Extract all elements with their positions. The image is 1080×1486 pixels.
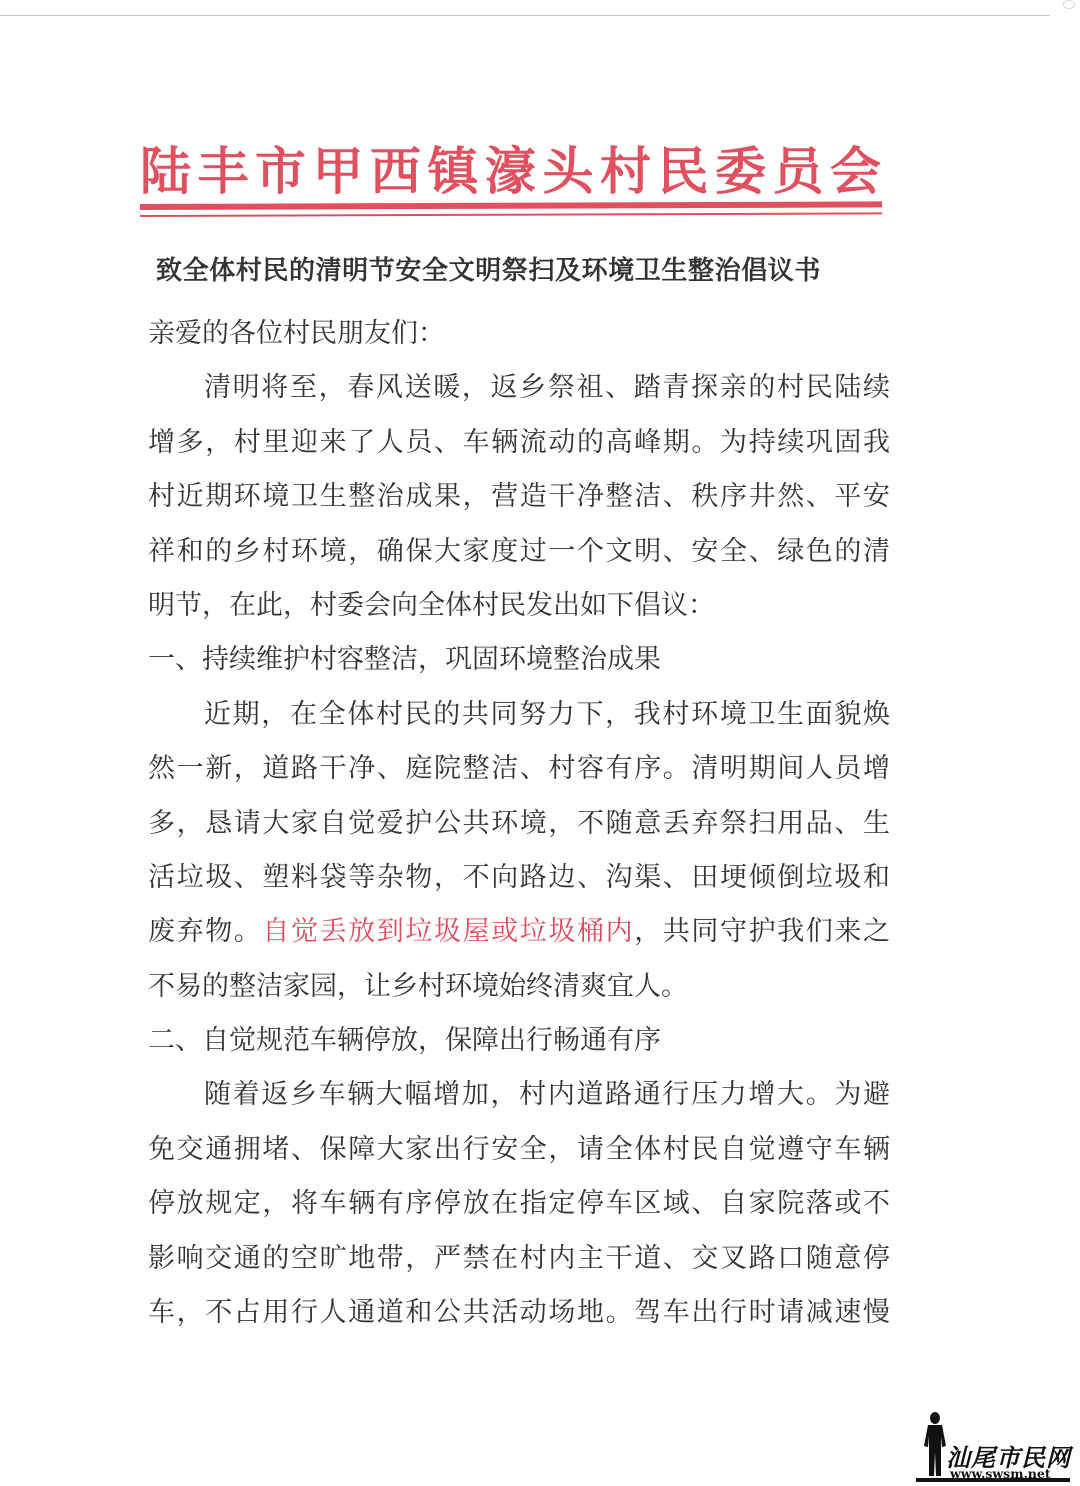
section-heading-2: 二、自觉规范车辆停放，保障出行畅通有序 bbox=[148, 1014, 890, 1068]
intro-line: 祥和的乡村环境，确保大家度过一个文明、安全、绿色的清 bbox=[148, 525, 890, 579]
letterhead-organization: 陆丰市甲西镇濠头村民委员会 bbox=[140, 140, 885, 204]
section-2-line: 停放规定，将车辆有序停放在指定停车区域、自家院落或不 bbox=[148, 1177, 890, 1231]
section-2-line: 车，不占用行人通道和公共活动场地。驾车出行时请减速慢 bbox=[148, 1286, 890, 1340]
section-heading-1: 一、持续维护村容整洁，巩固环境整治成果 bbox=[148, 633, 890, 687]
section-2-line: 免交通拥堵、保障大家出行安全，请全体村民自觉遵守车辆 bbox=[148, 1123, 890, 1177]
document-body: 亲爱的各位村民朋友们： 清明将至，春风送暖，返乡祭祖、踏青探亲的村民陆续 增多，… bbox=[148, 307, 890, 1340]
text-after-highlight: ，共同守护我们来之 bbox=[634, 916, 890, 947]
section-1-line: 多，恳请大家自觉爱护公共环境，不随意丢弃祭扫用品、生 bbox=[148, 797, 890, 851]
intro-line: 增多，村里迎来了人员、车辆流动的高峰期。为持续巩固我 bbox=[148, 416, 890, 470]
intro-line: 村近期环境卫生整治成果，营造干净整洁、秩序井然、平安 bbox=[148, 470, 890, 524]
section-1-closing-line: 不易的整洁家园，让乡村环境始终清爽宜人。 bbox=[148, 960, 890, 1014]
section-2-line: 影响交通的空旷地带，严禁在村内主干道、交叉路口随意停 bbox=[148, 1232, 890, 1286]
text-before-highlight: 废弃物。 bbox=[148, 916, 262, 947]
watermark-underline bbox=[916, 1478, 1070, 1482]
salutation: 亲爱的各位村民朋友们： bbox=[148, 307, 890, 361]
scan-edge-line bbox=[0, 15, 1050, 16]
section-1-line: 然一新，道路干净、庭院整洁、村容有序。清明期间人员增 bbox=[148, 742, 890, 796]
letterhead-rule-thin bbox=[140, 212, 882, 217]
intro-line: 明节，在此，村委会向全体村民发出如下倡议： bbox=[148, 579, 890, 633]
document-title: 致全体村民的清明节安全文明祭扫及环境卫生整治倡议书 bbox=[156, 251, 876, 291]
highlighted-text: 自觉丢放到垃圾屋或垃圾桶内 bbox=[262, 916, 634, 947]
section-2-line: 随着返乡车辆大幅增加，村内道路通行压力增大。为避 bbox=[148, 1068, 890, 1122]
scan-mark bbox=[1063, 0, 1075, 9]
section-1-line: 近期，在全体村民的共同努力下，我村环境卫生面貌焕 bbox=[148, 688, 890, 742]
watermark-logo: 汕尾市民网 www.swsm.net bbox=[916, 1412, 1076, 1484]
letterhead-rule-thick bbox=[140, 201, 882, 210]
intro-line: 清明将至，春风送暖，返乡祭祖、踏青探亲的村民陆续 bbox=[148, 361, 890, 415]
section-1-line: 活垃圾、塑料袋等杂物，不向路边、沟渠、田埂倾倒垃圾和 bbox=[148, 851, 890, 905]
section-1-highlight-line: 废弃物。自觉丢放到垃圾屋或垃圾桶内，共同守护我们来之 bbox=[148, 905, 890, 959]
